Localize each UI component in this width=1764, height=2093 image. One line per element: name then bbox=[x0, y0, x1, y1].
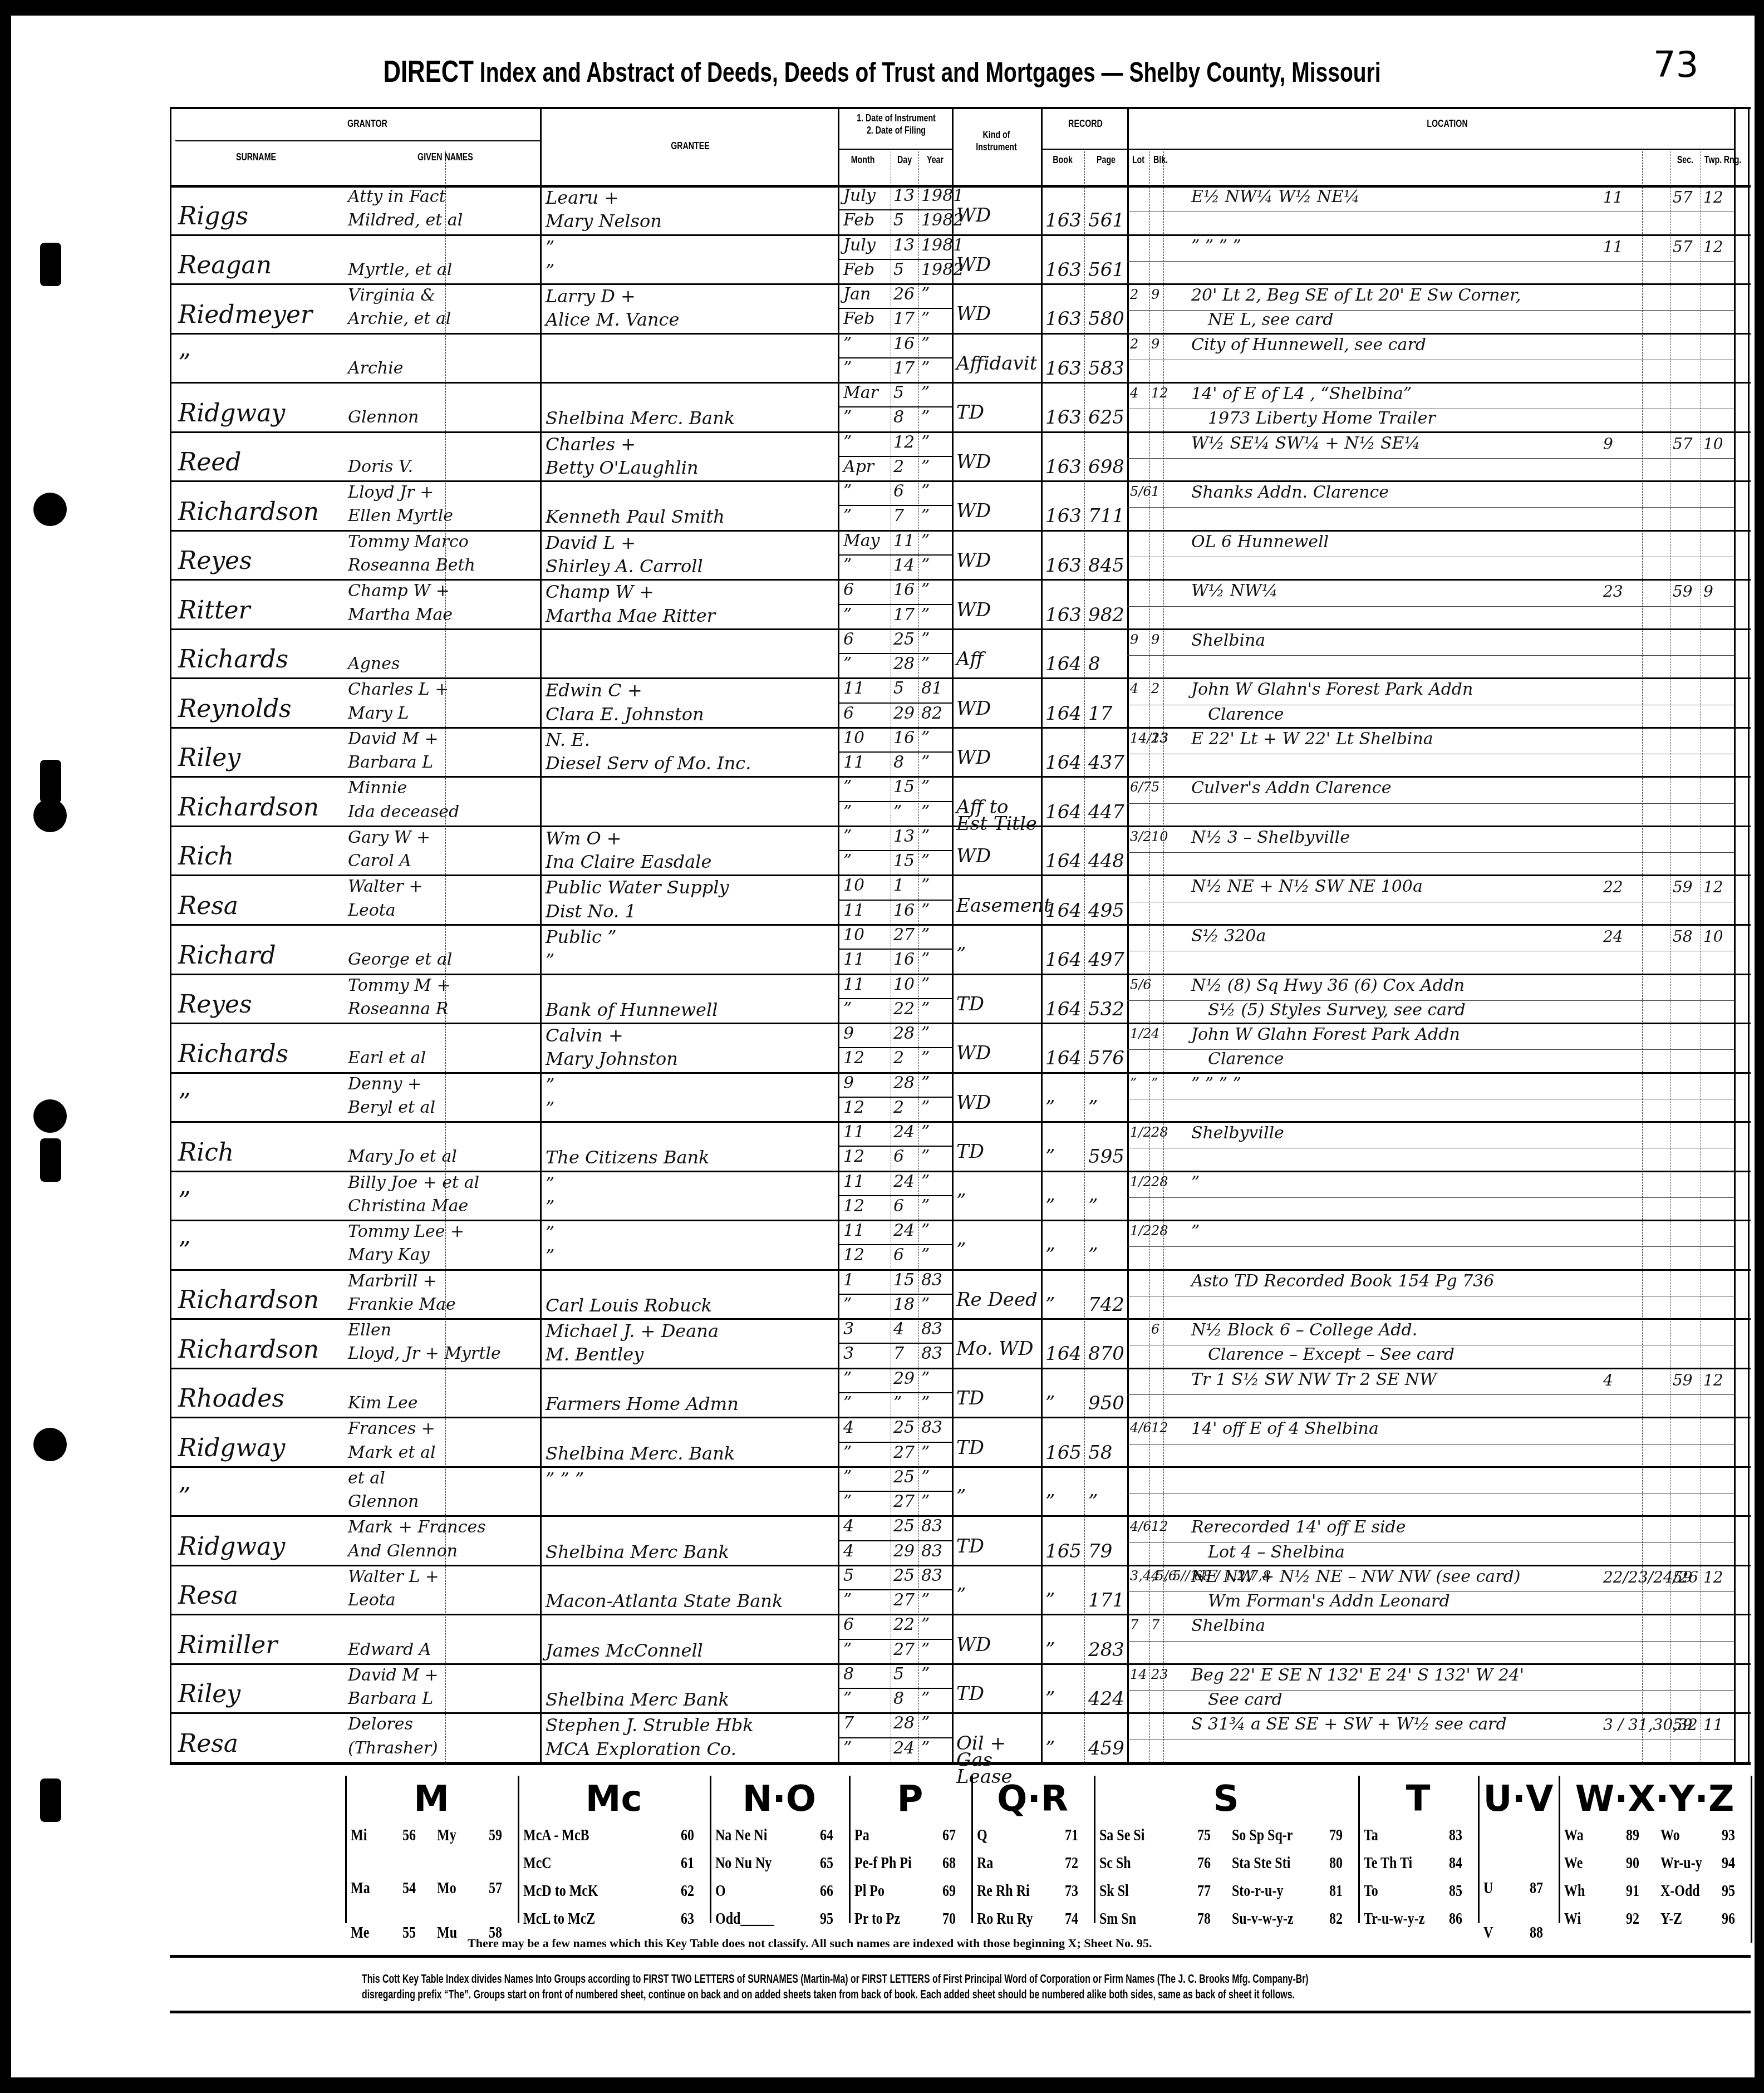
location-blk: 9 bbox=[1151, 632, 1159, 647]
grantor-surname: Ridgway bbox=[178, 1434, 285, 1462]
record-book: ” bbox=[1045, 1097, 1055, 1119]
title-direct: DIRECT bbox=[383, 53, 474, 89]
day-header: Day bbox=[894, 154, 915, 166]
key-group-head: P bbox=[849, 1778, 971, 1820]
location-description-line1: W½ SE¼ SW¼ + N½ SE¼ bbox=[1191, 434, 1421, 453]
kind-of-instrument: TD bbox=[956, 1686, 984, 1702]
grantor-given-line2: Carol A bbox=[348, 851, 411, 871]
date-instrument-year: ” bbox=[921, 284, 930, 304]
date-instrument-year: 83 bbox=[921, 1270, 942, 1290]
date-instrument-day: 5 bbox=[893, 1664, 904, 1684]
grantee-line2: Macon-Atlanta State Bank bbox=[546, 1590, 783, 1611]
table-row-rule bbox=[170, 1318, 1751, 1320]
location-description-line1: ” bbox=[1191, 1173, 1200, 1192]
key-item-label: Su-v-w-y-z bbox=[1232, 1909, 1294, 1928]
grantee-line2: Diesel Serv of Mo. Inc. bbox=[546, 753, 751, 774]
key-item-sheet: 72 bbox=[1065, 1854, 1078, 1873]
date-instrument-day: 24 bbox=[893, 1122, 915, 1142]
key-item-label: Na Ne Ni bbox=[715, 1826, 767, 1845]
record-book: ” bbox=[1045, 1146, 1055, 1168]
kind-of-instrument: ” bbox=[956, 1193, 966, 1210]
kind-of-instrument: ” bbox=[956, 1587, 966, 1604]
key-item-sheet: 73 bbox=[1065, 1881, 1078, 1900]
location-sec: 4 bbox=[1603, 1371, 1613, 1389]
date-instrument-year: ” bbox=[921, 1073, 930, 1093]
table-row-rule bbox=[170, 283, 1751, 285]
date-instrument-month: 4 bbox=[843, 1516, 854, 1536]
grantor-given-line1: Ellen bbox=[348, 1320, 391, 1340]
date-filing-year: ” bbox=[921, 407, 930, 427]
grantee-line2: Shirley A. Carroll bbox=[546, 556, 703, 577]
date-filing-year: ” bbox=[921, 802, 930, 822]
grantee-line2: Mary Nelson bbox=[546, 210, 662, 232]
grantee-line2: M. Bentley bbox=[546, 1344, 643, 1365]
date-instrument-year: ” bbox=[921, 876, 930, 895]
key-item-sheet: 62 bbox=[681, 1881, 694, 1900]
location-rng: 9 bbox=[1703, 582, 1713, 601]
grantee-line1: Champ W + bbox=[546, 581, 654, 602]
location-description-line2: Clarence bbox=[1208, 1049, 1284, 1069]
table-row-rule bbox=[170, 333, 1751, 335]
location-description-line1: OL 6 Hunnewell bbox=[1191, 532, 1329, 552]
key-group-head: M bbox=[345, 1778, 518, 1820]
kind-of-instrument: Oil + Gas Lease bbox=[956, 1735, 1040, 1785]
key-item-label: Ta bbox=[1364, 1826, 1378, 1845]
scan-binder-edge bbox=[0, 0, 12, 2093]
grantee-line1: Public ” bbox=[546, 926, 617, 947]
key-item-label: Sc Sh bbox=[1099, 1854, 1131, 1873]
location-description-line1: E 22' Lt + W 22' Lt Shelbina bbox=[1191, 729, 1433, 749]
location-blk: 23 bbox=[1151, 730, 1168, 746]
kind-of-instrument: WD bbox=[956, 848, 991, 864]
key-item-sheet: 57 bbox=[489, 1879, 502, 1898]
date-filing-year: ” bbox=[921, 999, 930, 1019]
grantor-surname: Richardson bbox=[178, 1335, 319, 1364]
key-item-sheet: 59 bbox=[489, 1826, 502, 1845]
date-instrument-day: 4 bbox=[893, 1319, 904, 1339]
key-item-sheet: 76 bbox=[1197, 1854, 1211, 1873]
date-filing-month: ” bbox=[843, 654, 852, 674]
key-item-label: Sk Sl bbox=[1099, 1881, 1129, 1900]
date-instrument-year: ” bbox=[921, 975, 930, 994]
grantor-given-line1: Atty in Fact bbox=[348, 187, 446, 207]
date-filing-day: 8 bbox=[893, 407, 904, 427]
location-description-line2: NE L, see card bbox=[1208, 310, 1333, 330]
location-sec: 23 bbox=[1603, 582, 1623, 601]
location-description-line1: Shelbyville bbox=[1191, 1123, 1284, 1143]
key-item-label: Sm Sn bbox=[1099, 1909, 1136, 1928]
date-filing-year: ” bbox=[921, 309, 930, 328]
key-item-sheet: 93 bbox=[1722, 1826, 1735, 1845]
location-description-line1: Shelbina bbox=[1191, 631, 1265, 650]
location-description-line1: N½ (8) Sq Hwy 36 (6) Cox Addn bbox=[1191, 976, 1465, 995]
kind-of-instrument: WD bbox=[956, 1094, 991, 1111]
surname-header: SURNAME bbox=[223, 151, 289, 164]
key-item-sheet: 95 bbox=[1722, 1881, 1735, 1900]
key-item-sheet: 71 bbox=[1065, 1826, 1078, 1845]
record-book: 164 bbox=[1045, 949, 1082, 971]
kind-of-instrument: WD bbox=[956, 503, 991, 519]
grantor-given-line1: Tommy Marco bbox=[348, 532, 469, 552]
date-instrument-year: ” bbox=[921, 531, 930, 551]
location-divider bbox=[1127, 261, 1734, 262]
date-filing-year: 83 bbox=[921, 1541, 942, 1561]
date-instrument-month: 9 bbox=[843, 1024, 854, 1043]
table-row-rule bbox=[170, 530, 1751, 532]
grantee-line1: Larry D + bbox=[546, 286, 636, 307]
key-column-rule bbox=[1751, 1776, 1752, 1943]
record-book: 164 bbox=[1045, 1343, 1082, 1365]
grantee-line2: The Citizens Bank bbox=[546, 1147, 709, 1168]
date-instrument-day: 26 bbox=[893, 284, 915, 304]
record-page: ” bbox=[1088, 1244, 1098, 1266]
kind-of-instrument: WD bbox=[956, 1637, 991, 1653]
date-filing-month: 11 bbox=[843, 901, 864, 920]
key-item-label: Odd_____ bbox=[715, 1909, 774, 1928]
grantor-given-line1: Charles L + bbox=[348, 680, 449, 699]
grantor-surname: ” bbox=[178, 1089, 191, 1117]
grantor-given-line1: Mark + Frances bbox=[348, 1517, 486, 1537]
date-instrument-year: 1981 bbox=[921, 186, 964, 205]
date-filing-day: 5 bbox=[893, 210, 904, 230]
table-row-rule bbox=[170, 1220, 1751, 1221]
date-instrument-year: 83 bbox=[921, 1516, 942, 1536]
location-description-line1: John W Glahn's Forest Park Addn bbox=[1191, 680, 1473, 699]
location-description-line1: N½ Block 6 – College Add. bbox=[1191, 1320, 1417, 1340]
grantor-surname: Richard bbox=[178, 941, 276, 970]
date-instrument-month: 6 bbox=[843, 580, 854, 600]
location-divider bbox=[1127, 1148, 1734, 1148]
key-item-sheet: 77 bbox=[1197, 1881, 1211, 1900]
date-instrument-day: 24 bbox=[893, 1172, 915, 1191]
column-rule bbox=[918, 151, 919, 1763]
location-description-line2: Wm Forman's Addn Leonard bbox=[1208, 1591, 1450, 1611]
date-filing-month: 12 bbox=[843, 1098, 864, 1117]
grantor-surname: Ridgway bbox=[178, 1532, 285, 1561]
table-row-rule bbox=[170, 431, 1751, 433]
table-row-rule bbox=[170, 1269, 1751, 1271]
binder-hole bbox=[33, 1428, 67, 1461]
location-description-line1: Tr 1 S½ SW NW Tr 2 SE NW bbox=[1191, 1370, 1437, 1389]
record-book: 163 bbox=[1045, 357, 1082, 380]
date-instrument-year: ” bbox=[921, 433, 930, 452]
grantee-line1: Public Water Supply bbox=[546, 877, 729, 898]
date-filing-day: 2 bbox=[893, 457, 904, 476]
date-instrument-day: 16 bbox=[893, 580, 915, 600]
location-twp: 58 bbox=[1673, 927, 1693, 946]
key-item-label: So Sp Sq-r bbox=[1232, 1826, 1293, 1845]
binder-hole bbox=[40, 1778, 61, 1822]
key-item-label: Pa bbox=[854, 1826, 869, 1845]
date-instrument-month: 10 bbox=[843, 876, 864, 895]
key-item-label: Sa Se Si bbox=[1099, 1826, 1144, 1845]
table-row-rule bbox=[170, 628, 1751, 630]
grantor-given-line2: Christina Mae bbox=[348, 1196, 468, 1216]
grantee-line2: Martha Mae Ritter bbox=[546, 605, 715, 626]
grantor-surname: Riley bbox=[178, 744, 240, 772]
key-item-label: X-Odd bbox=[1660, 1881, 1700, 1900]
location-lot: 4/6 bbox=[1130, 1519, 1152, 1534]
grantor-surname: ” bbox=[178, 1483, 191, 1511]
key-item-label: Ra bbox=[977, 1854, 993, 1873]
record-page: 447 bbox=[1088, 801, 1124, 823]
key-item-label: Q bbox=[977, 1826, 987, 1845]
record-page: 870 bbox=[1088, 1343, 1124, 1365]
divider bbox=[170, 2011, 1751, 2013]
grantor-given-line2: Barbara L bbox=[348, 753, 433, 772]
date-instrument-month: 3 bbox=[843, 1319, 854, 1339]
header-rule bbox=[838, 149, 952, 150]
grantee-line2: ” bbox=[546, 1245, 554, 1266]
key-item-sheet: 68 bbox=[942, 1854, 956, 1873]
key-item-sheet: 80 bbox=[1329, 1854, 1343, 1873]
record-page: 950 bbox=[1088, 1392, 1124, 1414]
grantor-given-line2: Kim Lee bbox=[348, 1393, 417, 1413]
date-instrument-day: 5 bbox=[893, 383, 904, 402]
location-description-line1: City of Hunnewell, see card bbox=[1191, 335, 1426, 355]
date-instrument-month: 7 bbox=[843, 1713, 854, 1733]
location-description-line2: Clarence – Except – See card bbox=[1208, 1345, 1455, 1364]
date-instrument-month: Jan bbox=[843, 284, 871, 304]
kind-of-instrument-header: Kind of Instrument bbox=[967, 129, 1026, 154]
location-description-line2: Lot 4 – Shelbina bbox=[1208, 1542, 1345, 1562]
kind-of-instrument: WD bbox=[956, 257, 991, 273]
header-rule bbox=[175, 140, 540, 141]
date-filing-year: ” bbox=[921, 1640, 930, 1659]
date-filing-year: ” bbox=[921, 1295, 930, 1314]
date-filing-day: 29 bbox=[893, 704, 915, 723]
location-rng: 12 bbox=[1703, 238, 1723, 256]
location-blk: 12 bbox=[1151, 385, 1168, 401]
sec-header: Sec. bbox=[1674, 154, 1697, 166]
grantor-given-line2: Archie, et al bbox=[348, 309, 451, 328]
grantor-given-line2: Ellen Myrtle bbox=[348, 506, 453, 525]
grantor-given-line2: Roseanna R bbox=[348, 999, 448, 1019]
key-item-sheet: 94 bbox=[1722, 1854, 1735, 1873]
table-row-rule bbox=[170, 1368, 1751, 1369]
column-rule bbox=[170, 107, 171, 1763]
grantor-given-line2: Leota bbox=[348, 901, 396, 920]
date-filing-day: 27 bbox=[893, 1590, 915, 1610]
grantor-surname: Reynolds bbox=[178, 695, 292, 723]
location-description-line1: ” bbox=[1191, 1222, 1200, 1241]
date-filing-year: ” bbox=[921, 506, 930, 525]
page-title: DIRECT Index and Abstract of Deeds, Deed… bbox=[194, 53, 1570, 89]
date-filing-year: ” bbox=[921, 1098, 930, 1117]
key-item-sheet: 96 bbox=[1722, 1909, 1735, 1928]
record-book: ” bbox=[1045, 1688, 1055, 1710]
grantor-given-line1: David M + bbox=[348, 729, 439, 749]
grantor-given-line2: Edward A bbox=[348, 1640, 431, 1659]
date-instrument-year: ” bbox=[921, 1172, 930, 1191]
grantor-given-line2: Agnes bbox=[348, 654, 400, 674]
location-blk: 28 bbox=[1151, 1174, 1168, 1190]
table-row-rule bbox=[170, 1171, 1751, 1172]
record-book: 163 bbox=[1045, 259, 1082, 281]
location-twp: 57 bbox=[1673, 238, 1693, 256]
location-blk: 9 bbox=[1151, 287, 1159, 302]
grantee-line2: ” bbox=[546, 1098, 554, 1119]
date-filing-day: 24 bbox=[893, 1738, 915, 1758]
page-header: Page bbox=[1090, 154, 1123, 166]
date-instrument-day: 25 bbox=[893, 1418, 915, 1437]
lot-header: Lot bbox=[1130, 154, 1147, 166]
grantor-given-line2: Mary L bbox=[348, 704, 409, 723]
key-group-head: W·X·Y·Z bbox=[1559, 1778, 1751, 1820]
table-row-rule bbox=[170, 1023, 1751, 1024]
location-header: LOCATION bbox=[1385, 118, 1510, 130]
date-instrument-month: ” bbox=[843, 1369, 852, 1388]
kind-of-instrument: TD bbox=[956, 404, 984, 421]
grantor-given-line1: Champ W + bbox=[348, 581, 450, 601]
record-page: 595 bbox=[1088, 1146, 1124, 1168]
kind-of-instrument: WD bbox=[956, 749, 991, 766]
grantor-given-line2: Barbara L bbox=[348, 1689, 433, 1708]
key-item-label: We bbox=[1564, 1854, 1583, 1873]
grantee-line2: James McConnell bbox=[546, 1640, 703, 1661]
date-filing-month: Apr bbox=[843, 457, 874, 476]
grantor-surname: Reagan bbox=[178, 251, 272, 279]
grantee-line1: Calvin + bbox=[546, 1025, 623, 1046]
key-item-sheet: 89 bbox=[1626, 1826, 1639, 1845]
key-item-sheet: 75 bbox=[1197, 1826, 1211, 1845]
record-book: ” bbox=[1045, 1491, 1055, 1513]
date-instrument-day: 24 bbox=[893, 1221, 915, 1240]
date-filing-day: 8 bbox=[893, 753, 904, 772]
footer-line-2: disregarding prefix “The”. Groups start … bbox=[362, 1987, 1295, 2002]
location-description-line2: Clarence bbox=[1208, 705, 1284, 724]
location-divider bbox=[1127, 557, 1734, 557]
date-filing-year: ” bbox=[921, 1590, 930, 1610]
key-item-sheet: 86 bbox=[1449, 1909, 1462, 1928]
date-filing-day: 29 bbox=[893, 1541, 915, 1561]
key-item-label: To bbox=[1364, 1881, 1378, 1900]
kind-of-instrument: WD bbox=[956, 306, 991, 322]
location-description-line1: NE NW + N½ NE – NW NW (see card) bbox=[1191, 1567, 1520, 1586]
location-lot: 2 bbox=[1130, 287, 1138, 302]
record-book: 163 bbox=[1045, 209, 1082, 232]
date-instrument-day: 25 bbox=[893, 1467, 915, 1487]
grantor-surname: Richardson bbox=[178, 1286, 319, 1314]
date-filing-year: ” bbox=[921, 605, 930, 625]
grantee-line1: Stephen J. Struble Hbk bbox=[546, 1714, 754, 1736]
key-item-sheet: 67 bbox=[942, 1826, 956, 1845]
grantor-given-line2: Mary Kay bbox=[348, 1245, 430, 1265]
key-item-label: No Nu Ny bbox=[715, 1854, 772, 1873]
table-row-rule bbox=[170, 1417, 1751, 1418]
location-lot: 5/6 bbox=[1130, 977, 1152, 993]
date-filing-day: 22 bbox=[893, 999, 915, 1019]
location-blk: 28 bbox=[1151, 1223, 1168, 1239]
table-row-rule bbox=[170, 677, 1751, 679]
key-item-label: Mi bbox=[351, 1826, 367, 1845]
date-filing-month: ” bbox=[843, 1738, 852, 1758]
date-filing-year: ” bbox=[921, 1245, 930, 1265]
date-filing-month: 3 bbox=[843, 1344, 854, 1363]
grantor-surname: Reed bbox=[178, 448, 241, 476]
date-instrument-day: 10 bbox=[893, 975, 915, 994]
key-item-label: McA - McB bbox=[523, 1826, 589, 1845]
table-row-rule bbox=[170, 924, 1751, 926]
key-table-note: There may be a few names which this Key … bbox=[468, 1936, 1152, 1950]
date-filing-year: 82 bbox=[921, 704, 942, 723]
kind-of-instrument: Aff to Est Title bbox=[956, 799, 1040, 832]
grantor-given-line2: Leota bbox=[348, 1590, 396, 1610]
date-instrument-year: ” bbox=[921, 1713, 930, 1733]
record-page: 8 bbox=[1088, 653, 1100, 675]
grantor-surname: Resa bbox=[178, 892, 238, 920]
header-rule bbox=[1041, 149, 1127, 150]
location-description-line1: E½ NW¼ W½ NE¼ bbox=[1191, 187, 1360, 207]
binder-hole bbox=[40, 760, 61, 803]
date-filing-day: 8 bbox=[893, 1689, 904, 1708]
grantee-line1: Michael J. + Deana bbox=[546, 1320, 719, 1342]
grantor-given-line2: George et al bbox=[348, 950, 452, 969]
date-instrument-month: 11 bbox=[843, 1221, 864, 1240]
binder-hole bbox=[40, 1138, 61, 1182]
date-filing-year: ” bbox=[921, 851, 930, 871]
location-blk: 12 bbox=[1151, 1420, 1168, 1436]
grantee-line2: Clara E. Johnston bbox=[546, 704, 704, 725]
date-filing-month: 12 bbox=[843, 1245, 864, 1265]
kind-of-instrument: TD bbox=[956, 1439, 984, 1456]
record-page: 171 bbox=[1088, 1589, 1124, 1611]
record-page: ” bbox=[1088, 1195, 1098, 1217]
date-filing-month: 11 bbox=[843, 753, 864, 772]
date-filing-month: ” bbox=[843, 556, 852, 575]
record-page: 532 bbox=[1088, 998, 1124, 1020]
grantor-given-line1: Walter + bbox=[348, 877, 423, 896]
location-blk: 5 bbox=[1151, 779, 1159, 795]
grantor-surname: Richardson bbox=[178, 793, 319, 822]
record-book: 164 bbox=[1045, 702, 1082, 725]
record-page: 625 bbox=[1088, 406, 1124, 429]
grantor-given-line1: et al bbox=[348, 1468, 385, 1488]
date-instrument-day: 13 bbox=[893, 186, 915, 205]
location-divider bbox=[1127, 606, 1734, 607]
location-description-line1: N½ NE + N½ SW NE 100a bbox=[1191, 877, 1423, 896]
record-page: 79 bbox=[1088, 1540, 1112, 1563]
location-lot: 4 bbox=[1130, 385, 1138, 401]
record-book: 163 bbox=[1045, 308, 1082, 330]
key-item-label: Tr-u-w-y-z bbox=[1364, 1909, 1424, 1928]
date-instrument-year: 83 bbox=[921, 1319, 942, 1339]
grantor-surname: Ridgway bbox=[178, 399, 285, 428]
date-instrument-year: 83 bbox=[921, 1566, 942, 1585]
grantee-line2: Bank of Hunnewell bbox=[546, 999, 718, 1020]
date-instrument-month: Mar bbox=[843, 383, 878, 402]
date-instrument-day: 28 bbox=[893, 1713, 915, 1733]
table-row-rule bbox=[170, 1121, 1751, 1123]
date-instrument-day: 15 bbox=[893, 777, 915, 797]
grantor-surname: ” bbox=[178, 350, 191, 378]
date-instrument-month: ” bbox=[843, 827, 852, 846]
date-instrument-year: ” bbox=[921, 334, 930, 353]
date-instrument-month: 9 bbox=[843, 1073, 854, 1093]
date-filing-day: 2 bbox=[893, 1098, 904, 1117]
kind-of-instrument: ” bbox=[956, 1242, 966, 1259]
location-description-line2: See card bbox=[1208, 1690, 1283, 1709]
key-item-sheet: 56 bbox=[402, 1826, 416, 1845]
binder-hole bbox=[40, 243, 61, 286]
date-filing-month: ” bbox=[843, 851, 852, 871]
table-row-rule bbox=[170, 1614, 1751, 1615]
grantor-surname: Rich bbox=[178, 1138, 234, 1167]
record-book: ” bbox=[1045, 1737, 1055, 1760]
date-instrument-month: ” bbox=[843, 334, 852, 353]
grantor-surname: Riley bbox=[178, 1680, 240, 1708]
key-item-sheet: 74 bbox=[1065, 1909, 1078, 1928]
